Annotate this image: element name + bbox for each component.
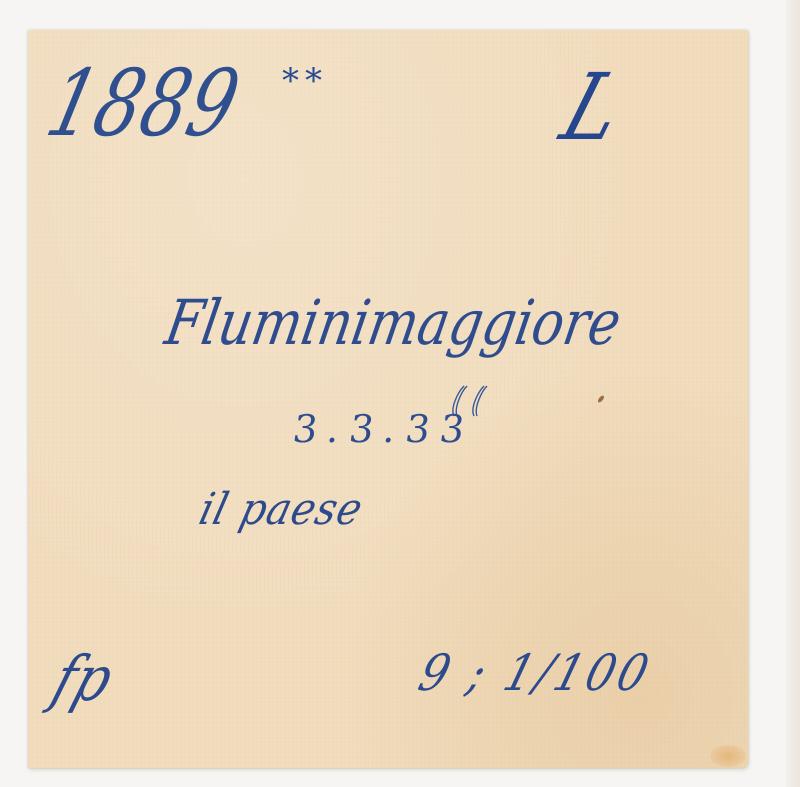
- date: 3.3.33: [291, 410, 477, 448]
- subject-description: il paese: [195, 488, 367, 532]
- catalog-star-marks: **: [282, 64, 328, 98]
- exposure-settings: 9 ; 1/100: [414, 648, 658, 698]
- background-edge: [786, 0, 800, 787]
- place-name: Fluminimaggiore: [161, 292, 625, 354]
- corner-stain: [710, 745, 746, 767]
- catalog-number: 1889: [39, 58, 248, 150]
